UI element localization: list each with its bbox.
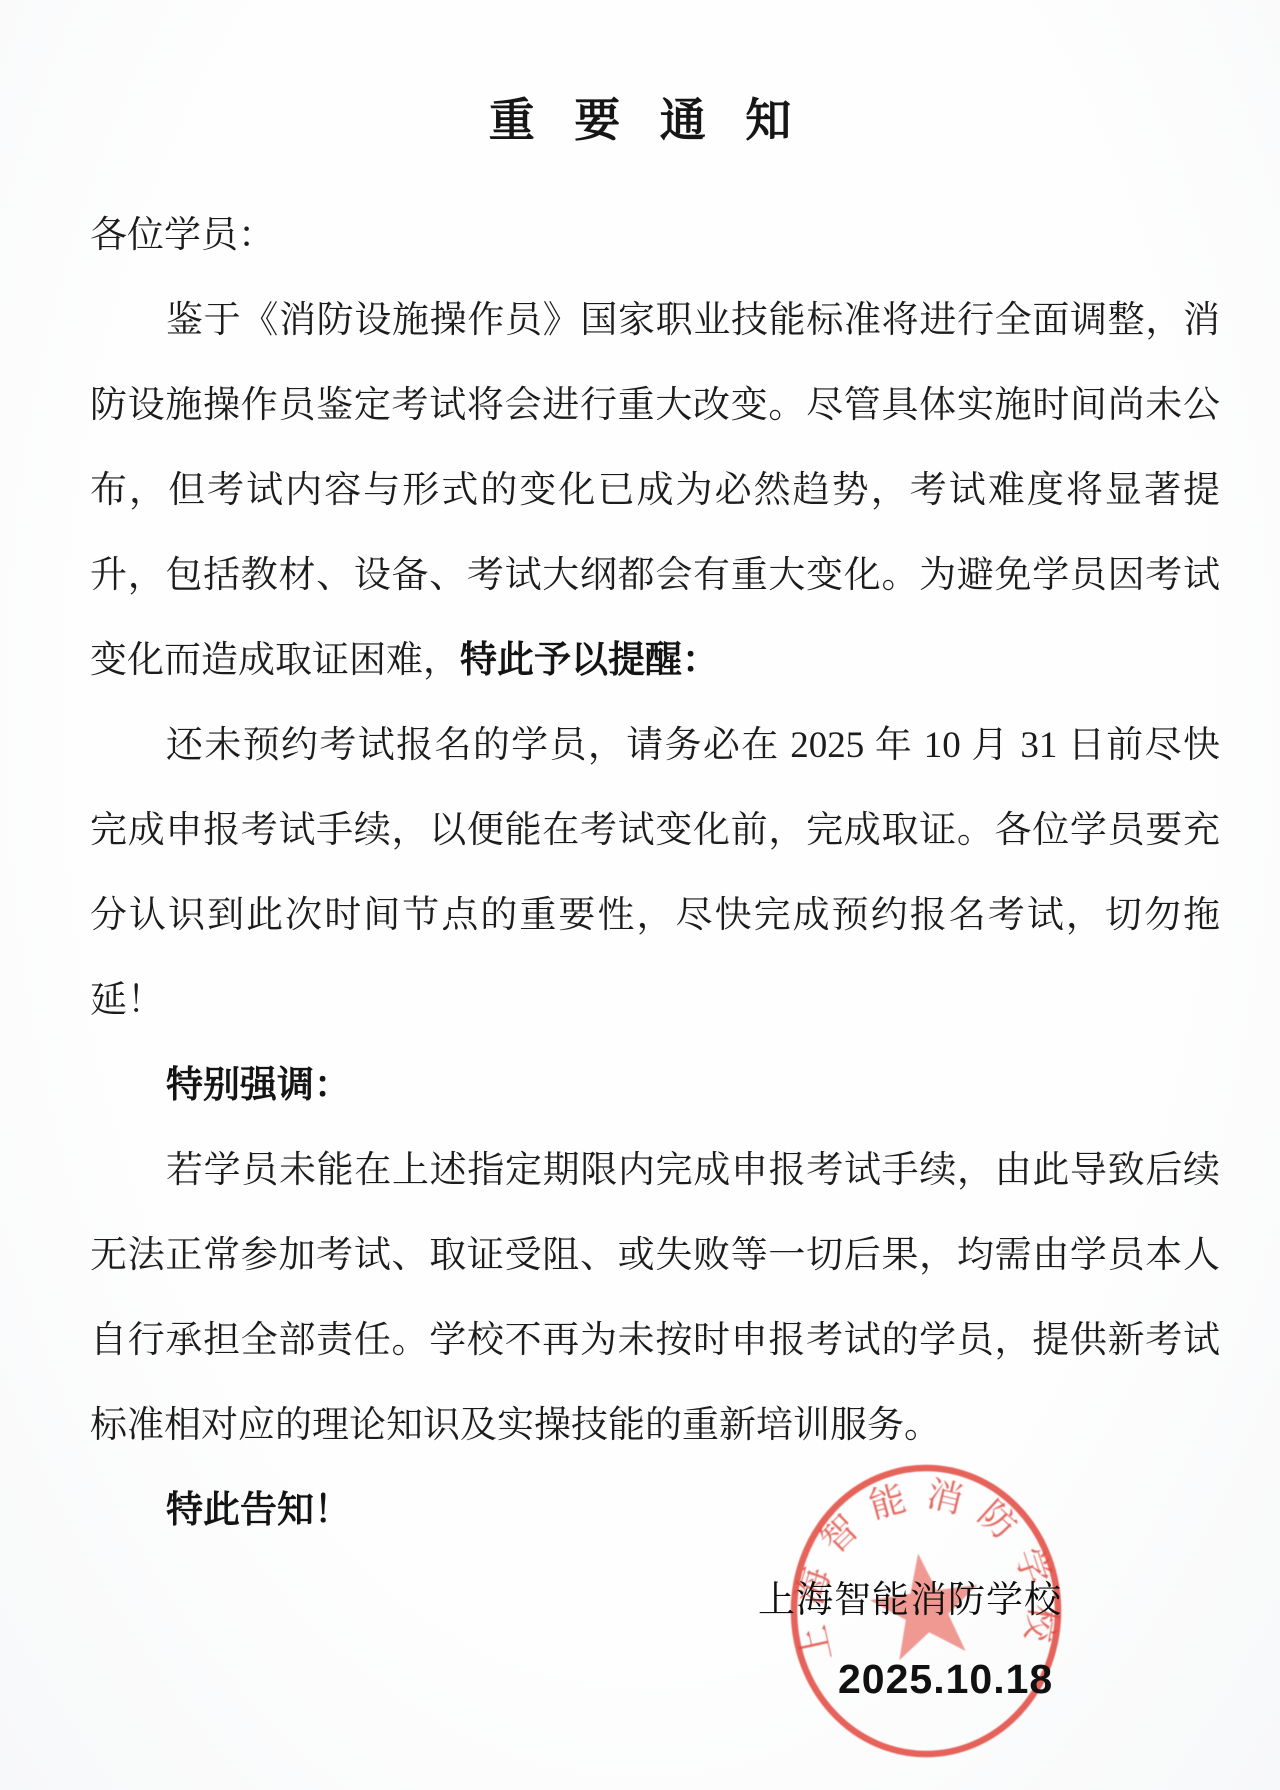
- signature-date: 2025.10.18: [838, 1656, 1053, 1703]
- paragraph-exam-change: 鉴于《消防设施操作员》国家职业技能标准将进行全面调整，消防设施操作员鉴定考试将会…: [90, 278, 1220, 703]
- paragraph-deadline: 还未预约考试报名的学员，请务必在 2025 年 10 月 31 日前尽快完成申报…: [90, 703, 1220, 1043]
- paragraph-responsibility: 若学员未能在上述指定期限内完成申报考试手续，由此导致后续无法正常参加考试、取证受…: [90, 1128, 1220, 1468]
- paragraph-text: 还未预约考试报名的学员，请务必在 2025 年 10 月 31 日前尽快完成申报…: [90, 725, 1220, 1021]
- salutation: 各位学员：: [90, 193, 1220, 278]
- signature-school-name: 上海智能消防学校: [758, 1569, 1062, 1623]
- closing-label: 特此告知！: [166, 1490, 351, 1531]
- paragraph-special-emphasis-heading: 特别强调：: [90, 1043, 1220, 1128]
- notice-body: 各位学员： 鉴于《消防设施操作员》国家职业技能标准将进行全面调整，消防设施操作员…: [90, 193, 1220, 1553]
- notice-document-page: 重 要 通 知 各位学员： 鉴于《消防设施操作员》国家职业技能标准将进行全面调整…: [0, 0, 1280, 1790]
- paragraph-text: 若学员未能在上述指定期限内完成申报考试手续，由此导致后续无法正常参加考试、取证受…: [90, 1150, 1220, 1446]
- paragraph-text: 鉴于《消防设施操作员》国家职业技能标准将进行全面调整，消防设施操作员鉴定考试将会…: [90, 300, 1220, 681]
- special-emphasis-label: 特别强调：: [166, 1065, 351, 1106]
- notice-title: 重 要 通 知: [0, 84, 1280, 150]
- reminder-emphasis: 特此予以提醒：: [460, 640, 719, 681]
